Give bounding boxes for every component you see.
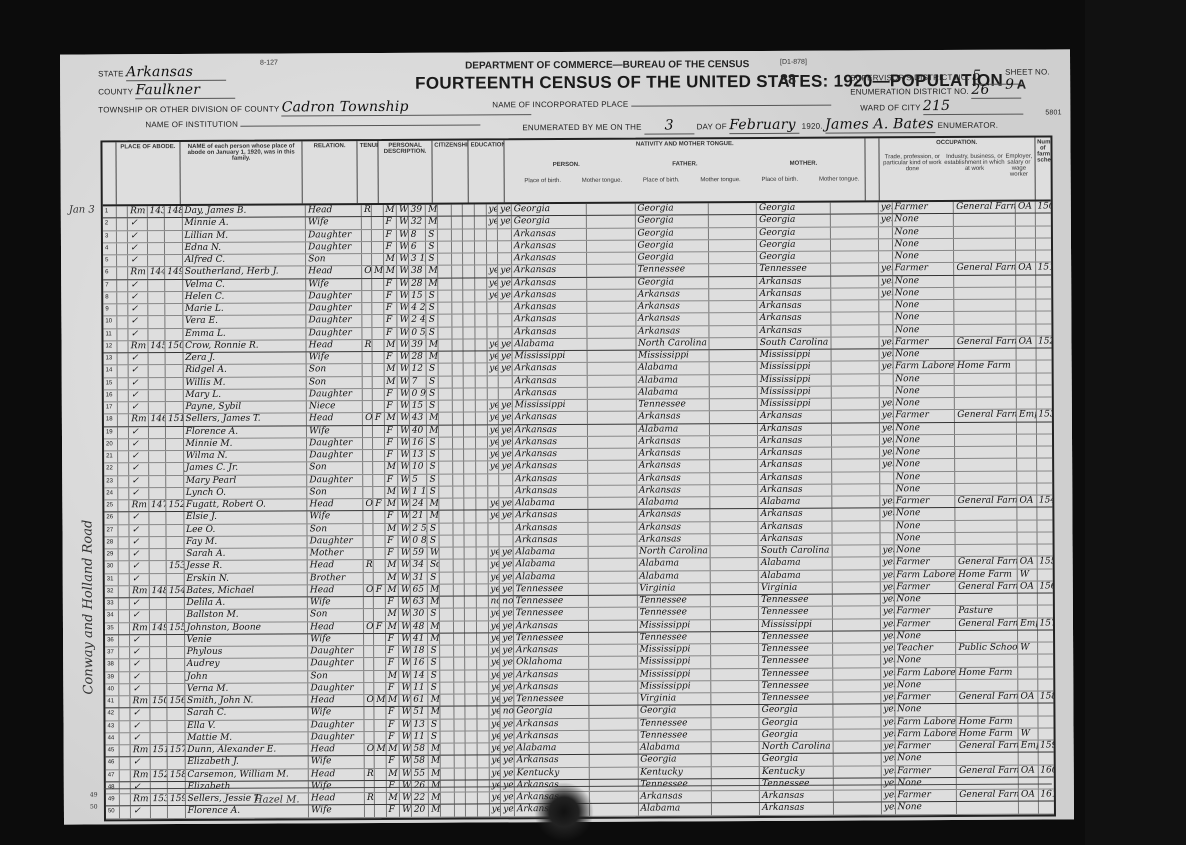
cell-blank <box>833 643 881 655</box>
cell-blank <box>711 595 759 607</box>
cell-dwelling <box>148 304 166 315</box>
cell-farm <box>1038 753 1054 764</box>
cell-read: yes <box>489 645 501 656</box>
cell-write: no <box>501 707 515 718</box>
check-mark-icon: ✓ <box>128 280 147 291</box>
cell-blank <box>452 401 464 412</box>
cell-family <box>166 488 184 499</box>
cell-own: O <box>365 744 375 755</box>
cell-blank <box>831 374 879 386</box>
cell-blank <box>710 448 758 460</box>
cell-blank <box>475 217 487 228</box>
cell-ln: 47 <box>106 770 120 781</box>
cell-blank <box>475 241 487 252</box>
cell-blank <box>833 729 881 741</box>
cell-blank <box>119 660 131 671</box>
cell-farm: 152 <box>1036 336 1052 347</box>
cell-occupation: Farm Laborer <box>893 361 955 373</box>
cell-birth: Arkansas <box>513 437 588 449</box>
cell-birth: Kentucky <box>515 767 590 779</box>
cell-father: Tennessee <box>638 718 711 730</box>
cell-birth: Arkansas <box>513 412 588 424</box>
cell-blank <box>711 619 759 631</box>
county-field: COUNTY Faulkner <box>98 82 235 100</box>
cell-english <box>879 300 893 311</box>
cell-occupation: None <box>894 594 956 606</box>
cell-age: 38 <box>409 266 427 277</box>
cell-age: 10 <box>410 462 428 473</box>
cell-name: Mary L. <box>183 389 307 401</box>
cell-name: Carsemon, William M. <box>185 769 309 781</box>
cell-blank <box>475 327 487 338</box>
cell-blank <box>453 535 465 546</box>
cell-dwelling <box>150 757 168 768</box>
cell-read: yes <box>487 413 499 424</box>
cell-marital: S <box>428 523 440 534</box>
cell-read: yes <box>488 560 500 571</box>
cell-race: W <box>399 609 411 620</box>
cell-relation: Daughter <box>308 536 364 548</box>
cell-blank <box>117 366 129 377</box>
cell-age: 51 <box>411 707 429 718</box>
cell-blank <box>117 341 129 352</box>
cell-race: W <box>397 217 409 228</box>
cell-mortgage <box>372 352 384 363</box>
cell-blank <box>831 398 879 410</box>
cell-own: O <box>364 622 374 633</box>
cell-blank <box>452 413 464 424</box>
cell-occupation: None <box>893 324 955 336</box>
cell-read: yes <box>489 719 501 730</box>
cell-father: Arkansas <box>637 448 710 460</box>
cell-birth: Arkansas <box>514 731 589 743</box>
cell-relation: Daughter <box>307 475 363 487</box>
cell-sex: F <box>385 536 399 547</box>
cell-blank <box>440 646 454 657</box>
cell-family <box>168 721 186 732</box>
cell-own <box>364 597 374 608</box>
cell-sex: F <box>384 401 398 412</box>
cell-english <box>880 374 894 385</box>
cell-blank <box>833 754 881 766</box>
cell-blank <box>710 362 758 374</box>
cell-blank <box>466 731 478 742</box>
cell-name: Johnston, Boone <box>185 622 309 634</box>
cell-birth: Arkansas <box>513 449 588 461</box>
cell-age: 7 <box>410 376 428 387</box>
cell-relation: Head <box>309 769 365 781</box>
cell-age: 28 <box>409 278 427 289</box>
cell-race: W <box>398 376 410 387</box>
cell-ln: 23 <box>104 476 118 487</box>
cell-english: yes <box>880 447 894 458</box>
cell-industry: General Farm <box>957 765 1019 777</box>
cell-sex: M <box>386 621 400 632</box>
cell-blank <box>832 570 880 582</box>
cell-industry <box>954 251 1016 263</box>
cell-father: Tennessee <box>638 632 711 644</box>
cell-dwelling <box>150 708 168 719</box>
cell-dwelling <box>148 218 166 229</box>
cell-age: 15 <box>410 401 428 412</box>
cell-blank <box>709 301 757 313</box>
cell-industry <box>954 238 1016 250</box>
cell-father: Alabama <box>636 375 709 387</box>
cell-mother: Arkansas <box>759 509 832 521</box>
cell-blank <box>477 670 489 681</box>
cell-blank <box>439 364 453 375</box>
cell-birth: Alabama <box>514 571 589 583</box>
cell-relation: Brother <box>308 573 364 585</box>
cell-age: 58 <box>412 756 430 767</box>
cell-name: Erskin N. <box>184 573 308 585</box>
cell-race: W <box>398 315 410 326</box>
cell-occupation: None <box>893 300 955 312</box>
occupation-subcols: Trade, profession, or particular kind of… <box>881 154 1032 179</box>
cell-relation: Wife <box>306 217 362 229</box>
cell-family <box>167 610 185 621</box>
cell-read: yes <box>487 266 499 277</box>
cell-dwelling <box>148 231 166 242</box>
cell-blank <box>438 229 452 240</box>
cell-english: yes <box>880 509 894 520</box>
col-occupation: OCCUPATION. Trade, profession, or partic… <box>879 138 1035 201</box>
cell-english: yes <box>881 656 895 667</box>
cell-family <box>165 280 183 291</box>
cell-blank <box>833 631 881 643</box>
cell-ln: 32 <box>105 586 119 597</box>
cell-read: yes <box>486 204 498 215</box>
cell-blank <box>832 472 880 484</box>
cell-mother: Arkansas <box>758 423 831 435</box>
cell-birth: Arkansas <box>512 290 587 302</box>
cell-blank <box>476 486 488 497</box>
cell-age: 15 <box>409 290 427 301</box>
cell-blank <box>454 695 466 706</box>
cell-mortgage <box>374 609 386 620</box>
col-english <box>866 138 880 200</box>
cell-mother: Arkansas <box>757 276 830 288</box>
cell-industry <box>955 398 1017 410</box>
cell-mortgage: M <box>375 744 387 755</box>
cell-read: yes <box>489 768 501 779</box>
cell-father: Mississippi <box>638 644 711 656</box>
cell-relation: Daughter <box>307 450 363 462</box>
cell-occupation: None <box>892 239 954 251</box>
cell-blank <box>590 743 638 755</box>
cell-read: yes <box>489 658 501 669</box>
cell-blank <box>118 549 130 560</box>
cell-industry: Pasture <box>956 606 1018 618</box>
cell-ln: 46 <box>106 758 120 769</box>
cell-own <box>364 671 374 682</box>
cell-ln: 30 <box>105 562 119 573</box>
cell-blank <box>831 276 879 288</box>
check-mark-icon: ✓ <box>129 292 148 303</box>
cell-mother: Tennessee <box>759 680 832 692</box>
cell-class: Emp <box>1017 410 1036 421</box>
cell-dwelling <box>148 390 166 401</box>
cell-blank <box>464 351 476 362</box>
cell-english: yes <box>881 570 895 581</box>
cell-class <box>1018 630 1037 641</box>
cell-race: W <box>399 536 411 547</box>
check-mark-icon: ✓ <box>130 659 149 670</box>
cell-english: yes <box>881 643 895 654</box>
cell-mother: Arkansas <box>758 301 831 313</box>
cell-name: Ella V. <box>185 720 309 732</box>
cell-mortgage <box>372 278 384 289</box>
cell-blank <box>589 632 637 644</box>
cell-blank <box>588 351 636 363</box>
cell-father: Tennessee <box>637 595 710 607</box>
month-value: February <box>729 117 799 134</box>
cell-industry: General Farm <box>957 692 1019 704</box>
cell-tenure: Rm <box>131 745 150 756</box>
cell-name: Smith, John N. <box>185 695 309 707</box>
cell-dwelling: 150 <box>150 696 168 707</box>
cell-industry <box>954 214 1016 226</box>
cell-father: Arkansas <box>637 436 710 448</box>
cell-blank <box>475 204 487 215</box>
cell-name: Payne, Sybil <box>183 401 307 413</box>
cell-marital: S <box>426 241 438 252</box>
cell-blank <box>439 462 453 473</box>
cell-blank <box>438 205 452 216</box>
cell-blank <box>477 584 489 595</box>
cell-birth: Tennessee <box>514 633 589 645</box>
cell-blank <box>709 240 757 252</box>
cell-blank <box>832 496 880 508</box>
cell-mortgage <box>374 707 386 718</box>
cell-blank <box>465 572 477 583</box>
cell-mother: Tennessee <box>759 595 832 607</box>
cell-relation: Daughter <box>308 646 364 658</box>
cell-blank <box>454 621 466 632</box>
cell-dwelling <box>149 561 167 572</box>
cell-relation: Head <box>306 266 362 278</box>
cell-occupation: None <box>895 631 957 643</box>
cell-ln: 44 <box>106 733 120 744</box>
cell-blank <box>440 707 454 718</box>
cell-mortgage <box>372 217 384 228</box>
col-abode: PLACE OF ABODE. <box>116 142 181 204</box>
cell-race: W <box>398 401 410 412</box>
cell-mortgage <box>374 572 386 583</box>
cell-blank <box>119 672 131 683</box>
cell-blank <box>438 327 452 338</box>
cell-marital: M <box>428 499 440 510</box>
cell-farm: 156 <box>1037 581 1053 592</box>
cell-farm <box>1037 532 1053 543</box>
cell-blank <box>711 583 759 595</box>
cell-blank <box>589 510 637 522</box>
cell-blank <box>588 485 636 497</box>
cell-blank <box>463 278 475 289</box>
cell-industry: Home Farm <box>957 728 1019 740</box>
cell-relation: Head <box>307 499 363 511</box>
cell-english: yes <box>879 349 893 360</box>
cell-ln: 33 <box>105 598 119 609</box>
cell-blank <box>476 523 488 534</box>
cell-farm: 157 <box>1037 618 1053 629</box>
state-label: STATE <box>98 69 124 78</box>
cell-blank <box>438 339 452 350</box>
cell-industry <box>955 434 1017 446</box>
col-tenure: TENURE. <box>358 141 379 203</box>
cell-blank <box>476 474 488 485</box>
cell-blank <box>466 743 478 754</box>
cell-occupation: Farmer <box>894 606 956 618</box>
cell-blank <box>588 424 636 436</box>
cell-farm: 159 <box>1038 740 1054 751</box>
cell-read: yes <box>487 339 499 350</box>
cell-own <box>363 389 373 400</box>
cell-mortgage <box>373 401 385 412</box>
cell-english <box>880 472 894 483</box>
cell-father: Arkansas <box>636 326 709 338</box>
cell-occupation: Farmer <box>894 582 956 594</box>
occupation-heading: OCCUPATION. <box>881 140 1032 147</box>
cell-family <box>166 463 184 474</box>
cell-farm <box>1038 728 1054 739</box>
cell-read: yes <box>489 633 501 644</box>
cell-mother: Mississippi <box>758 386 831 398</box>
cell-blank <box>117 353 129 364</box>
cell-farm <box>1037 471 1053 482</box>
cell-blank <box>478 756 490 767</box>
cell-blank <box>453 511 465 522</box>
cell-blank <box>710 399 758 411</box>
cell-farm <box>1036 312 1052 323</box>
cell-read <box>487 376 499 387</box>
cell-farm <box>1037 434 1053 445</box>
cell-write: yes <box>501 768 515 779</box>
cell-blank <box>587 204 635 216</box>
cell-mortgage <box>373 474 385 485</box>
cell-family <box>165 292 183 303</box>
cell-farm <box>1036 348 1052 359</box>
cell-blank <box>832 484 880 496</box>
cell-sex: F <box>385 597 399 608</box>
cell-industry <box>957 704 1019 716</box>
cell-age: 8 <box>409 229 427 240</box>
cell-birth: Georgia <box>514 706 589 718</box>
cell-mother: Arkansas <box>758 325 831 337</box>
cell-own <box>364 524 374 535</box>
cell-own <box>364 511 374 522</box>
cell-name: Lee O. <box>184 524 308 536</box>
cell-dwelling: 144 <box>148 267 166 278</box>
cell-ln: 2 <box>103 219 117 230</box>
nativity-subheads: PERSON. FATHER. MOTHER. <box>507 160 863 168</box>
cell-mother: Georgia <box>757 227 830 239</box>
cell-own <box>363 462 373 473</box>
cell-sex: M <box>384 376 398 387</box>
cell-blank <box>452 376 464 387</box>
cell-own <box>362 230 372 241</box>
cell-birth: Alabama <box>513 498 588 510</box>
cell-class <box>1016 300 1035 311</box>
cell-relation: Wife <box>308 511 364 523</box>
cell-industry: General Farm <box>956 618 1018 630</box>
cell-dwelling: 145 <box>148 341 166 352</box>
cell-english <box>879 251 893 262</box>
cell-mother: Georgia <box>760 717 833 729</box>
cell-age: 39 <box>409 205 427 216</box>
cell-occupation: None <box>894 533 956 545</box>
cell-write: yes <box>499 351 513 362</box>
cell-marital: M <box>427 413 439 424</box>
cell-occupation: Farm Laborer <box>895 729 957 741</box>
cell-class: OA <box>1017 336 1036 347</box>
cell-read: no <box>488 596 500 607</box>
cell-occupation: None <box>893 349 955 361</box>
cell-blank <box>709 228 757 240</box>
cell-dwelling <box>148 378 166 389</box>
check-mark-icon: ✓ <box>130 561 149 572</box>
cell-class: OA <box>1016 263 1035 274</box>
cell-blank <box>438 241 452 252</box>
cell-occupation: Farm Laborer <box>895 716 957 728</box>
cell-class <box>1017 434 1036 445</box>
cell-blank <box>440 535 454 546</box>
cell-blank <box>588 412 636 424</box>
cell-industry <box>955 447 1017 459</box>
cell-class <box>1017 398 1036 409</box>
cell-birth: Arkansas <box>514 669 589 681</box>
cell-occupation: Farmer <box>894 557 956 569</box>
tongue-label-1: Mother tongue. <box>578 178 625 184</box>
cell-blank <box>833 766 881 778</box>
col-line <box>102 142 116 204</box>
incorporated-value <box>631 105 831 107</box>
cell-race: W <box>398 352 410 363</box>
cell-write: yes <box>499 290 513 301</box>
cell-blank <box>589 498 637 510</box>
cell-mother: Tennessee <box>760 693 833 705</box>
cell-english: yes <box>881 705 895 716</box>
cell-mother: South Carolina <box>758 337 831 349</box>
cell-blank <box>711 570 759 582</box>
cell-relation: Son <box>307 487 363 499</box>
cell-read: yes <box>488 584 500 595</box>
cell-dwelling <box>150 647 168 658</box>
check-mark-icon: ✓ <box>129 378 148 389</box>
check-mark-icon: ✓ <box>129 476 148 487</box>
cell-blank <box>588 326 636 338</box>
cell-read: yes <box>487 290 499 301</box>
cell-blank <box>440 572 454 583</box>
cell-marital: S <box>427 364 439 375</box>
cell-dwelling <box>149 476 167 487</box>
cell-age: 16 <box>410 437 428 448</box>
cell-age: 31 <box>411 572 429 583</box>
cell-ln: 38 <box>105 660 119 671</box>
cell-read <box>487 229 499 240</box>
cell-mortgage <box>374 597 386 608</box>
cell-blank <box>117 292 129 303</box>
check-mark-icon: ✓ <box>128 231 147 242</box>
cell-race: W <box>397 242 409 253</box>
cell-birth: Mississippi <box>512 351 587 363</box>
cell-family: 154 <box>167 586 185 597</box>
ward-field: WARD OF CITY 215 <box>860 98 1023 116</box>
cell-english <box>880 386 894 397</box>
cell-race: W <box>400 719 412 730</box>
cell-race: W <box>398 474 410 485</box>
cell-race: W <box>399 670 411 681</box>
